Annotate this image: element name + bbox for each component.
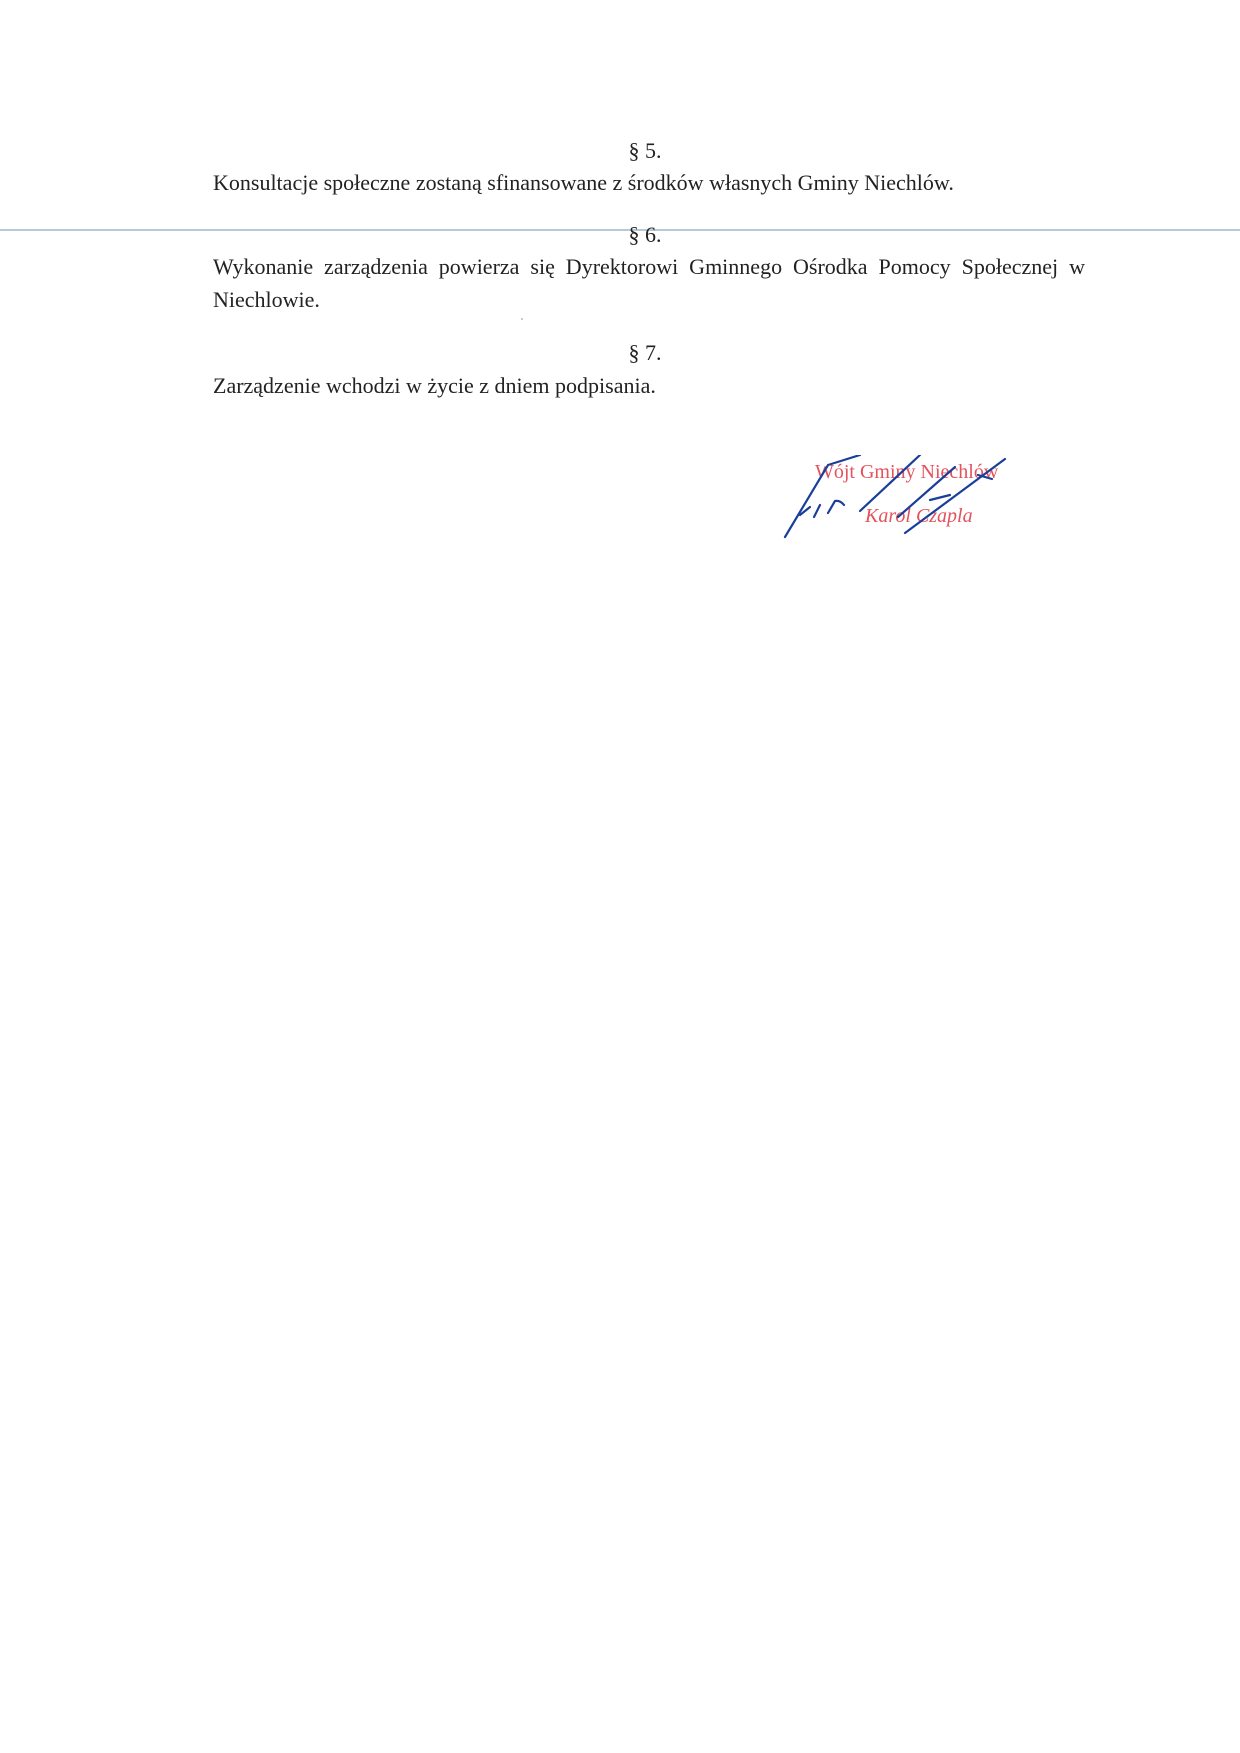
section-7-number: § 7.: [0, 340, 1240, 366]
scan-speck: [521, 318, 523, 320]
section-5-text: Konsultacje społeczne zostaną sfinansowa…: [213, 166, 1085, 199]
section-6-number: § 6.: [0, 222, 1240, 248]
section-5-number: § 5.: [0, 138, 1240, 164]
section-6-text: Wykonanie zarządzenia powierza się Dyrek…: [213, 250, 1085, 316]
handwritten-signature: [780, 455, 1060, 545]
section-7-text: Zarządzenie wchodzi w życie z dniem podp…: [213, 369, 1085, 402]
